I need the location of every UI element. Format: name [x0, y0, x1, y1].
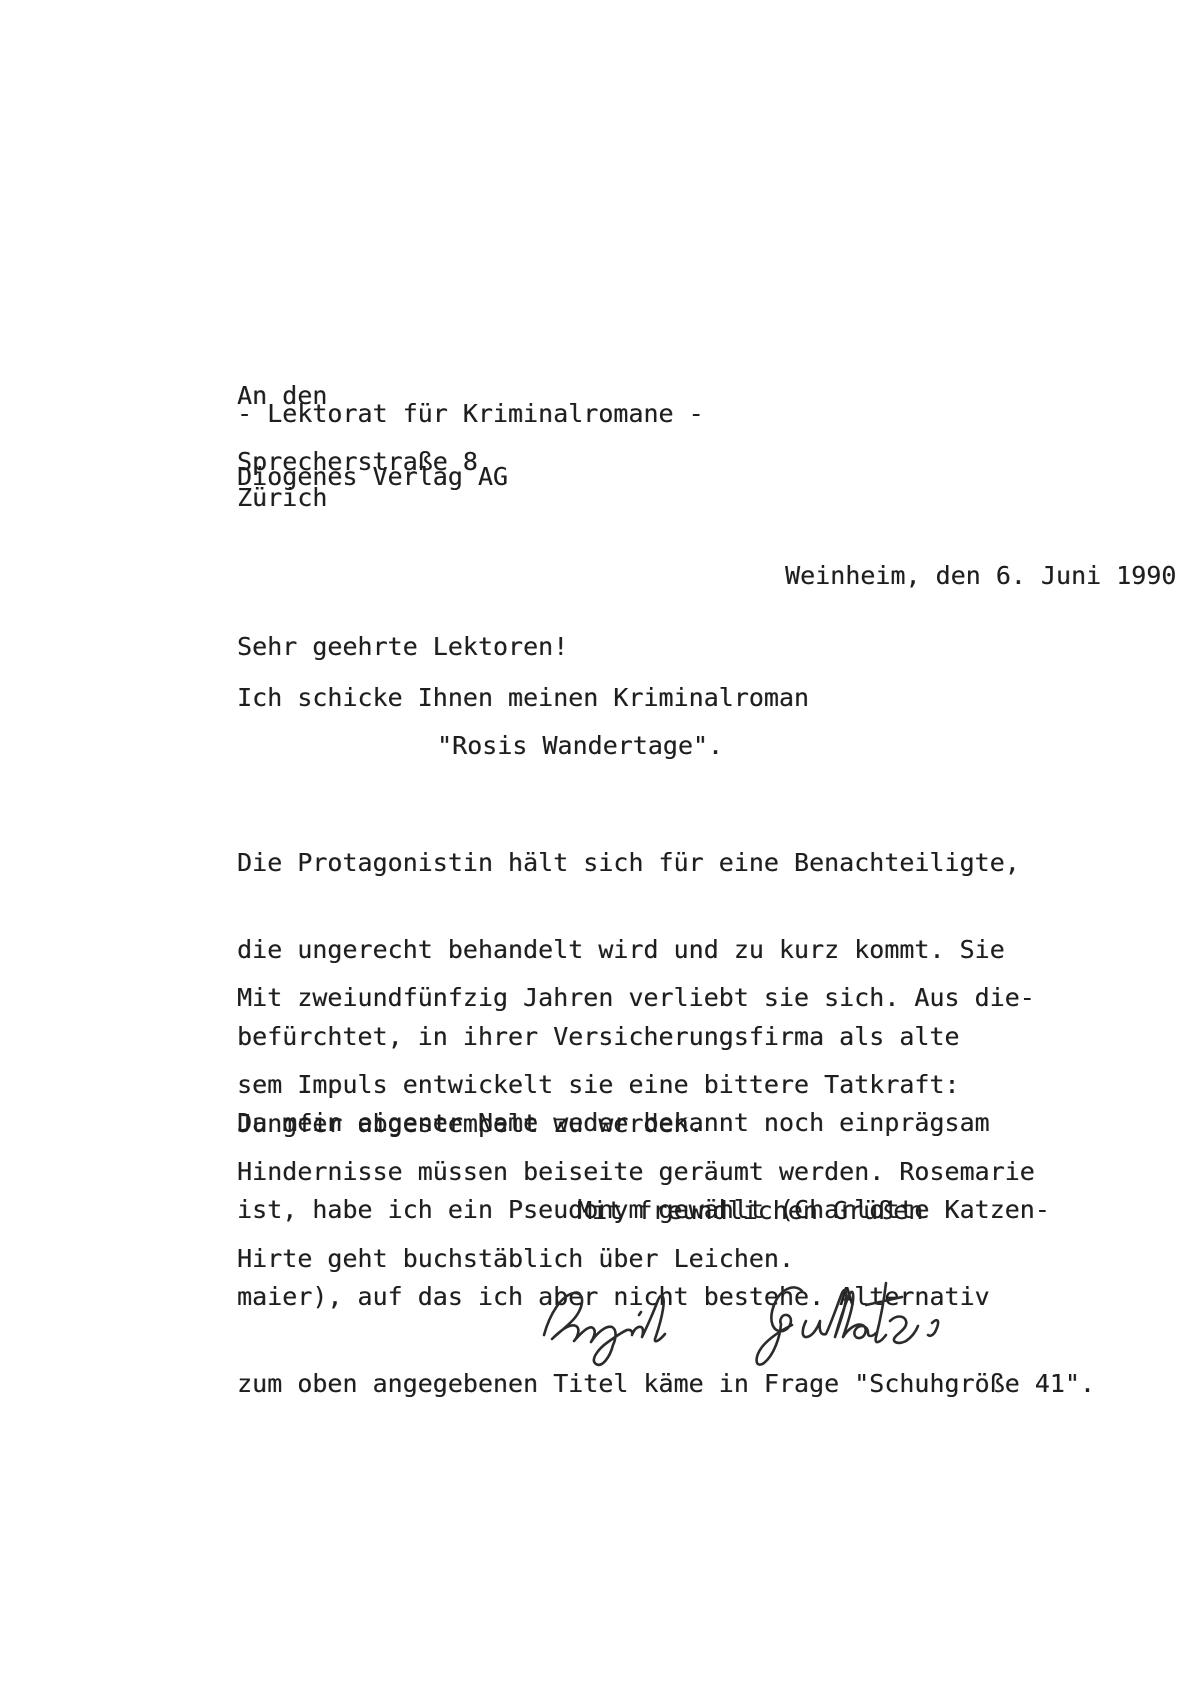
paragraph-line: Da mein eigener Name weder bekannt noch …: [237, 1108, 1095, 1137]
paragraph-line: Die Protagonistin hält sich für eine Ben…: [237, 848, 1020, 877]
signature-svg: [530, 1264, 960, 1376]
date-line: Weinheim, den 6. Juni 1990: [785, 561, 1176, 590]
paragraph-line: Mit zweiundfünfzig Jahren verliebt sie s…: [237, 983, 1035, 1012]
letter-page: An den Diogenes Verlag AG - Lektorat für…: [0, 0, 1200, 1701]
signature-ingrid-stroke: [544, 1293, 665, 1365]
signature: [530, 1264, 960, 1376]
book-title-line: "Rosis Wandertage".: [437, 731, 723, 760]
salutation: Sehr geehrte Lektoren!: [237, 632, 568, 661]
city-line: Zürich: [237, 483, 327, 512]
intro-line: Ich schicke Ihnen meinen Kriminalroman: [237, 683, 809, 712]
street-line: Sprecherstraße 8: [237, 447, 478, 476]
body-paragraph-3: Da mein eigener Name weder bekannt noch …: [237, 1050, 1095, 1456]
closing-line: Mit freundlichen Grüßen: [577, 1196, 923, 1225]
signature-gullatz-stroke: [757, 1283, 939, 1365]
department-line: - Lektorat für Kriminalromane -: [237, 399, 704, 428]
